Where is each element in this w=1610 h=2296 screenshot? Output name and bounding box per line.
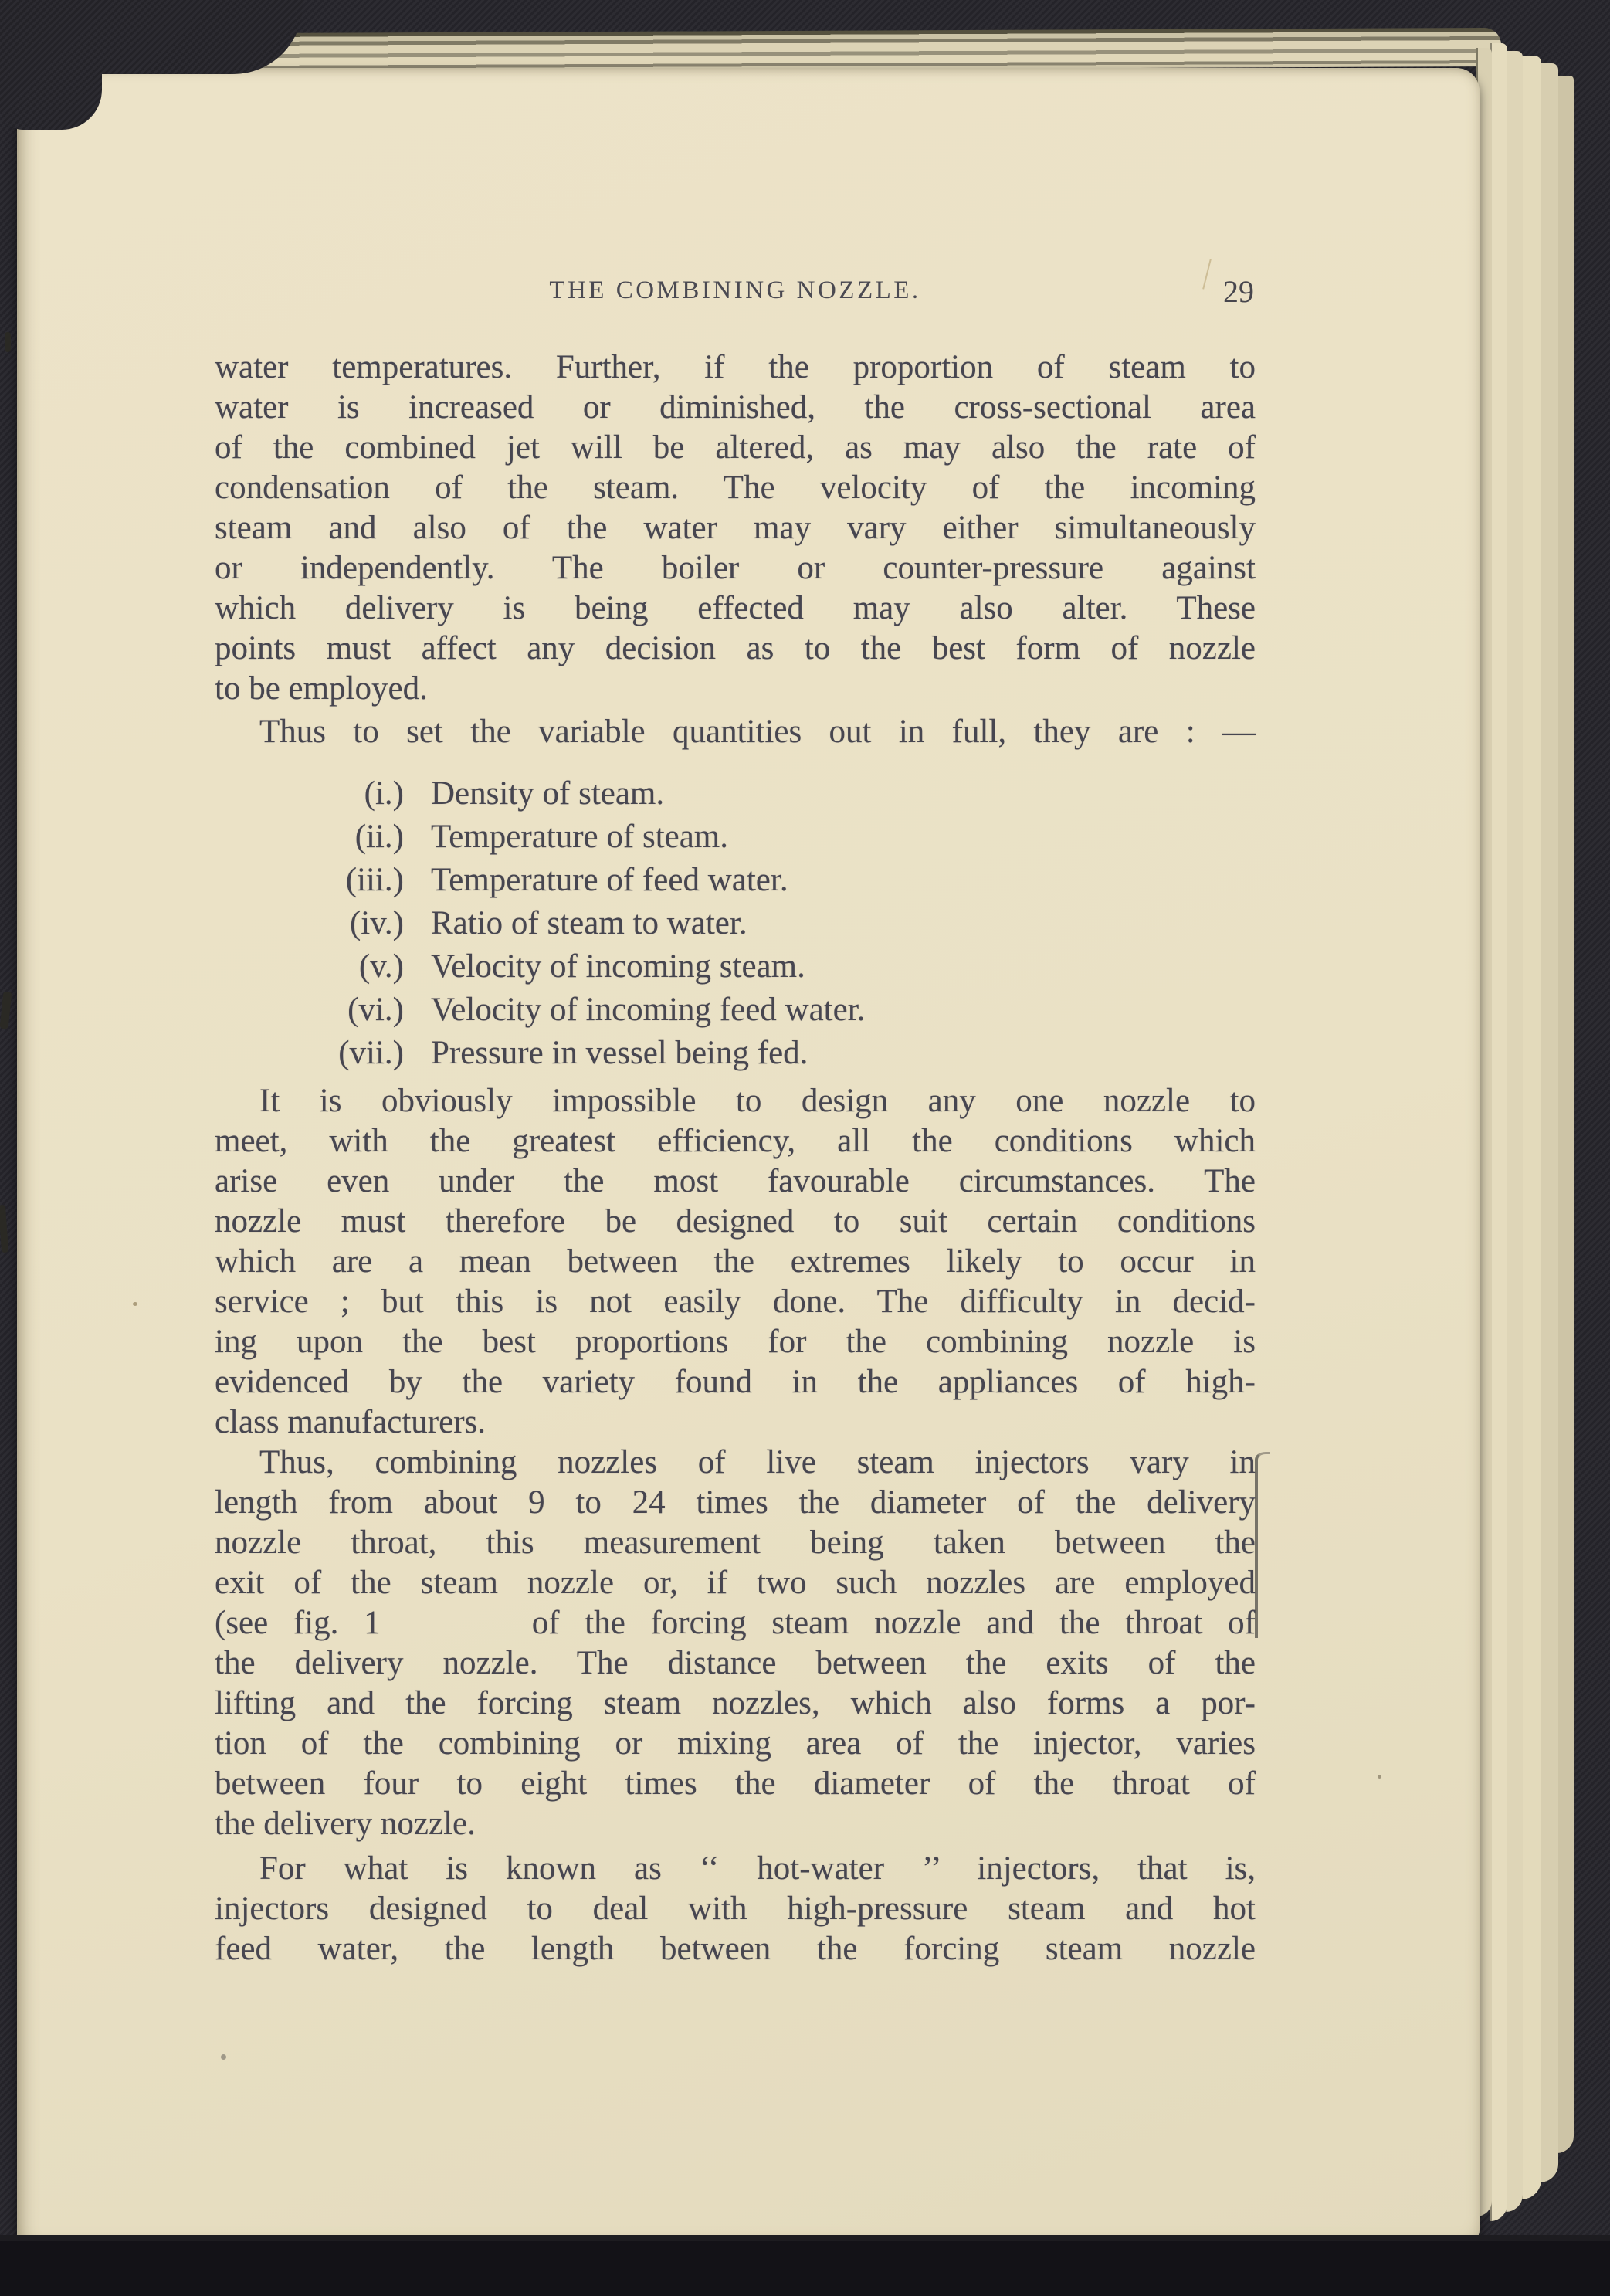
text-line: points must affect any decision as to th… (215, 629, 1256, 669)
variable-list: (i.)Density of steam. (ii.)Temperature o… (215, 772, 1256, 1075)
page-edge (1521, 56, 1541, 2199)
list-item-text: Temperature of feed water. (404, 862, 788, 898)
paragraph: water temperatures. Further, if the prop… (215, 348, 1256, 709)
text-line: feed water, the length between the forci… (215, 1929, 1256, 1969)
list-item-text: Velocity of incoming steam. (404, 948, 805, 985)
list-item-numeral: (vi.) (215, 989, 404, 1032)
list-item: (i.)Density of steam. (215, 772, 1256, 816)
text-line: which are a mean between the extremes li… (215, 1242, 1256, 1282)
list-item: (iii.)Temperature of feed water. (215, 859, 1256, 902)
text-line: water temperatures. Further, if the prop… (215, 348, 1256, 388)
text-line: tion of the combining or mixing area of … (215, 1724, 1256, 1764)
running-head: THE COMBINING NOZZLE. 29 (215, 276, 1256, 309)
text-line: steam and also of the water may vary eit… (215, 508, 1256, 548)
list-item: (vi.)Velocity of incoming feed water. (215, 989, 1256, 1032)
text-line: It is obviously impossible to design any… (215, 1081, 1256, 1121)
photo-background-bottom (0, 2235, 1610, 2296)
list-item-text: Pressure in vessel being fed. (404, 1035, 808, 1071)
text-line: Thus to set the variable quantities out … (215, 712, 1256, 752)
book-page: THE COMBINING NOZZLE. 29 water temperatu… (17, 68, 1480, 2243)
text-line: water is increased or diminished, the cr… (215, 388, 1256, 428)
text-line: evidenced by the variety found in the ap… (215, 1362, 1256, 1402)
text-line: between four to eight times the diameter… (215, 1764, 1256, 1804)
text-line: length from about 9 to 24 times the diam… (215, 1483, 1256, 1523)
binding-nick (0, 1205, 8, 1253)
text-line: of the combined jet will be altered, as … (215, 428, 1256, 468)
page-title: THE COMBINING NOZZLE. (549, 276, 920, 305)
paragraph: For what is known as ‘‘ hot-water ’’ inj… (215, 1849, 1256, 1969)
page-number: 29 (1223, 273, 1254, 310)
text-line: arise even under the most favourable cir… (215, 1162, 1256, 1202)
list-item: (iv.)Ratio of steam to water. (215, 902, 1256, 945)
text-line: the delivery nozzle. (215, 1804, 1256, 1844)
book-cover-cloth (0, 0, 303, 74)
list-item: (v.)Velocity of incoming steam. (215, 945, 1256, 989)
paper-speck (1378, 1775, 1381, 1779)
list-item-text: Density of steam. (404, 775, 664, 812)
text-line: to be employed. (215, 669, 1256, 709)
text-line: meet, with the greatest efficiency, all … (215, 1121, 1256, 1162)
list-item: (vii.)Pressure in vessel being fed. (215, 1032, 1256, 1075)
text-line: injectors designed to deal with high-pre… (215, 1889, 1256, 1929)
list-item-numeral: (ii.) (215, 816, 404, 859)
list-item: (ii.)Temperature of steam. (215, 816, 1256, 859)
paragraph: Thus to set the variable quantities out … (215, 712, 1256, 752)
page-edge (1506, 51, 1523, 2212)
paragraph: Thus, combining nozzles of live steam in… (215, 1443, 1256, 1844)
text-line: which delivery is being effected may als… (215, 588, 1256, 629)
book-photo: THE COMBINING NOZZLE. 29 water temperatu… (0, 0, 1610, 2296)
list-item-text: Ratio of steam to water. (404, 905, 747, 941)
text-line: the delivery nozzle. The distance betwee… (215, 1643, 1256, 1684)
text-line: (see fig. 1 of the forcing steam nozzle … (215, 1603, 1256, 1643)
list-item-text: Velocity of incoming feed water. (404, 992, 865, 1028)
list-item-numeral: (i.) (215, 772, 404, 816)
text-line: For what is known as ‘‘ hot-water ’’ inj… (215, 1849, 1256, 1889)
page-edge (1490, 43, 1507, 2221)
text-line: or independently. The boiler or counter-… (215, 548, 1256, 588)
margin-pen-mark (1255, 1452, 1270, 1638)
text-line: class manufacturers. (215, 1402, 1256, 1443)
text-line: Thus, combining nozzles of live steam in… (215, 1443, 1256, 1483)
text-line: nozzle throat, this measurement being ta… (215, 1523, 1256, 1563)
list-item-numeral: (v.) (215, 945, 404, 989)
list-item-numeral: (iii.) (215, 859, 404, 902)
binding-nick (5, 332, 11, 352)
page-edge (1540, 63, 1558, 2182)
text-line: ing upon the best proportions for the co… (215, 1322, 1256, 1362)
text-line: service ; but this is not easily done. T… (215, 1282, 1256, 1322)
paragraph: It is obviously impossible to design any… (215, 1081, 1256, 1443)
paper-speck (133, 1302, 137, 1306)
list-item-numeral: (iv.) (215, 902, 404, 945)
page-edge (1557, 76, 1574, 2153)
list-item-text: Temperature of steam. (404, 819, 728, 855)
binding-nick (0, 992, 12, 1029)
text-line: condensation of the steam. The velocity … (215, 468, 1256, 508)
list-item-numeral: (vii.) (215, 1032, 404, 1075)
paper-speck (221, 2054, 226, 2060)
text-line: exit of the steam nozzle or, if two such… (215, 1563, 1256, 1603)
text-column: THE COMBINING NOZZLE. 29 water temperatu… (215, 276, 1256, 1969)
text-line: lifting and the forcing steam nozzles, w… (215, 1684, 1256, 1724)
text-line: nozzle must therefore be designed to sui… (215, 1202, 1256, 1242)
